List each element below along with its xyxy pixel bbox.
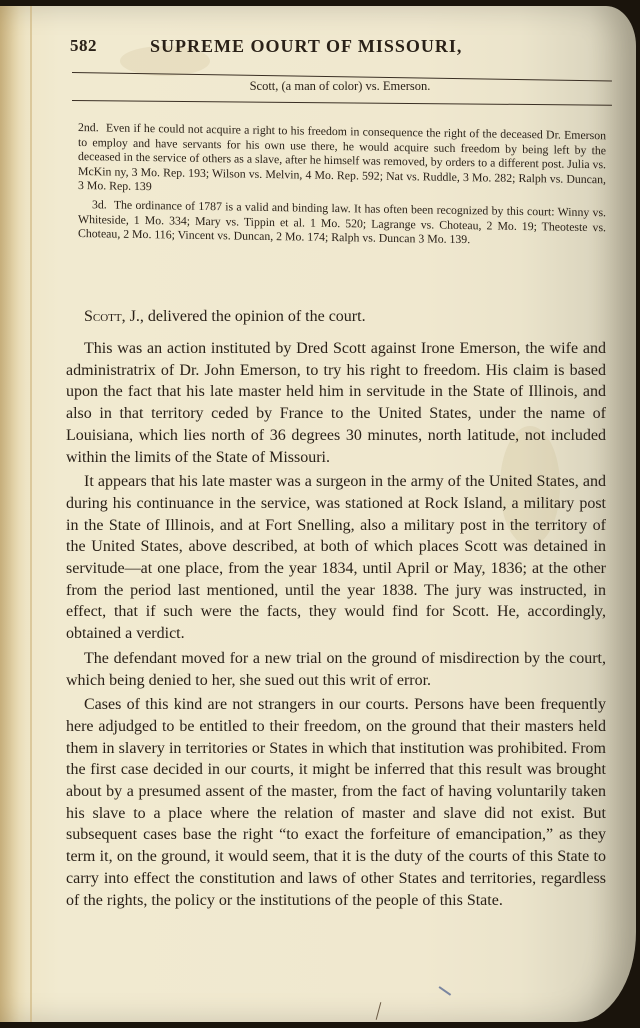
headnotes: 2nd. Even if he could not acquire a righ… (78, 120, 606, 244)
headnote-text: The ordinance of 1787 is a valid and bin… (78, 197, 606, 246)
headnote-2nd: 2nd. Even if he could not acquire a righ… (78, 120, 606, 201)
headnote-text: Even if he could not acquire a right to … (78, 120, 606, 193)
paragraph: This was an action instituted by Dred Sc… (66, 338, 606, 468)
headnote-label: 3d. (92, 197, 107, 211)
paragraph: The defendant moved for a new trial on t… (66, 648, 606, 691)
opinion-intro: Scott, J., delivered the opinion of the … (84, 308, 366, 326)
running-head: 582 SUPREME OOURT OF MISSOURI, (70, 36, 610, 60)
case-title: Scott, (a man of color) vs. Emerson. (0, 79, 640, 94)
opinion-body: This was an action instituted by Dred Sc… (66, 338, 606, 914)
page-gutter (0, 6, 32, 1022)
judge-name: Scott (84, 308, 122, 325)
headnote-3d: 3d. The ordinance of 1787 is a valid and… (78, 197, 606, 249)
paragraph: It appears that his late master was a su… (66, 471, 606, 645)
paragraph: Cases of this kind are not strangers in … (66, 694, 606, 911)
page-number: 582 (70, 36, 97, 56)
headnote-label: 2nd. (78, 120, 99, 134)
gutter-line (30, 6, 32, 1022)
running-title: SUPREME OOURT OF MISSOURI, (150, 36, 462, 57)
opinion-intro-text: , J., delivered the opinion of the court… (122, 308, 366, 325)
